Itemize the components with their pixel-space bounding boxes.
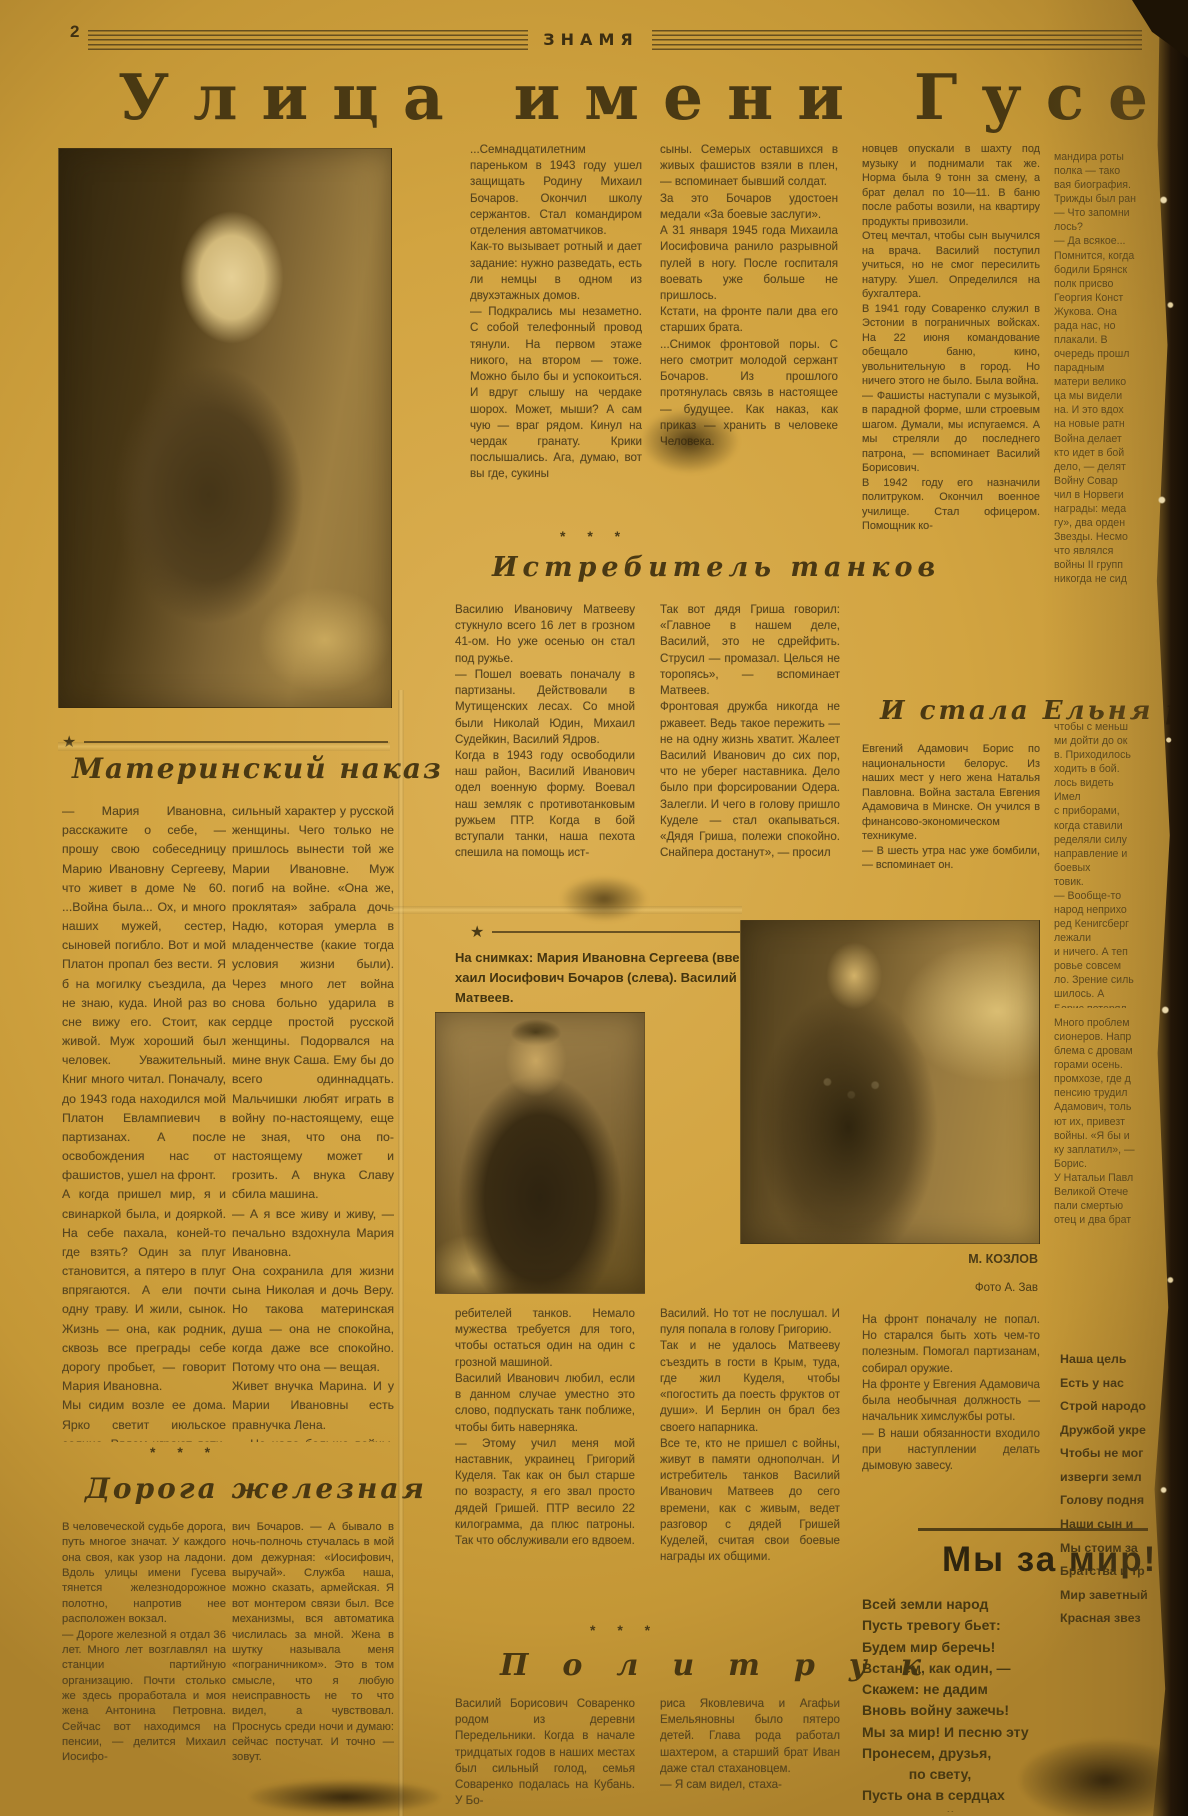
header-rule-left [88,30,528,51]
photo-bocharov [435,1012,645,1294]
author-signature: М. КОЗЛОВ [920,1252,1038,1266]
fold-crease [398,690,404,1816]
istrebitel-col3: ребителей танков. Немало мужества требуе… [455,1306,635,1618]
masthead-title: ЗНАМЯ [533,30,649,49]
paper-stain [250,1780,440,1814]
doroga-col1: В человеческой судьбе дорога, путь много… [62,1520,226,1810]
istrebitel-col4: Василий. Но тот не послушал. И пуля попа… [660,1306,840,1622]
politruk-col2: риса Яковлевича и Агафьи Емельяновны был… [660,1696,840,1814]
doroga-col2: вич Бочаров. — А бывало в ночь-полночь с… [232,1520,394,1810]
doroga-title: Дорога железная [85,1472,427,1505]
paper-flecks [1150,140,1184,1640]
section-separator: * * * [590,1622,659,1638]
photo-matveev [740,920,1040,1244]
elnya-col1: Евгений Адамович Борис по национальности… [862,742,1040,914]
istrebitel-col1: Василию Ивановичу Матвееву стукнуло всег… [455,602,635,916]
elnya-col2: На фронт поначалу не попал. Но старался … [862,1312,1040,1522]
ink-stain [640,408,740,474]
materinsky-col1: — Мария Ивановна, расскажите о себе, — п… [62,802,226,1442]
star-ornament: ★ [470,922,484,942]
istrebitel-col2: Так вот дядя Гриша говорил: «Главное в н… [660,602,840,916]
photo-sergeeva [58,148,392,708]
politruk-col1: Василий Борисович Соваренко родом из дер… [455,1696,635,1814]
newspaper-page: 2 ЗНАМЯ Улица имени Гусева ★ Материнский… [0,0,1188,1816]
sovarenko-col1: новцев опускали в шахту под музыку и под… [862,142,1040,698]
ink-stain [560,876,648,922]
section-separator: * * * [150,1444,219,1460]
materinsky-title: Материнский наказ [72,752,443,785]
section-separator: * * * [560,528,629,544]
photo-credit: Фото А. Зав [920,1282,1038,1294]
page-number: 2 [70,22,79,42]
fold-crease [58,742,390,751]
materinsky-col2: сильный характер у русской женщины. Чего… [232,802,394,1442]
bocharov-col1: ...Семнадцатилетним пареньком в 1943 год… [470,142,642,524]
main-headline: Улица имени Гусева [118,60,1188,134]
